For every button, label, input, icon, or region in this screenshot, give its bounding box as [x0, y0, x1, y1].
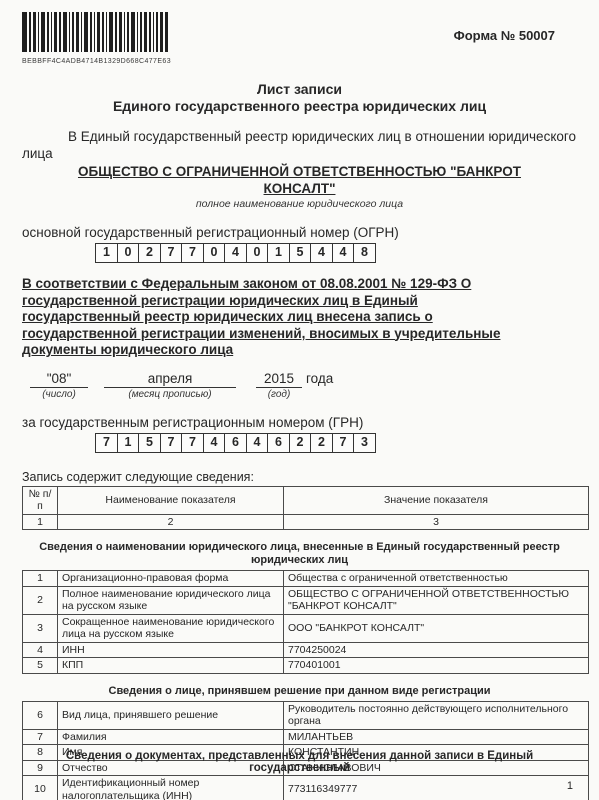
- date-year: 2015 (год): [256, 371, 302, 400]
- indicator-value: 770401001: [284, 658, 589, 674]
- digit-cell: 7: [181, 433, 204, 453]
- date-day-value: "08": [30, 371, 88, 388]
- row-number: 2: [23, 586, 58, 614]
- section2-title: Сведения о лице, принявшем решение при д…: [22, 685, 577, 698]
- indicator-value: Руководитель постоянно действующего испо…: [284, 701, 589, 729]
- date-month: апреля (месяц прописью): [104, 371, 236, 400]
- column-header-num: № п/п: [23, 486, 58, 514]
- text-line: ОБЩЕСТВО С ОГРАНИЧЕННОЙ ОТВЕТСТВЕННОСТЬЮ…: [22, 163, 577, 180]
- digit-cell: 5: [138, 433, 161, 453]
- row-number: 3: [23, 614, 58, 642]
- table-row: 4ИНН7704250024: [23, 642, 589, 658]
- table-number-row: 1 2 3: [23, 514, 589, 530]
- document-page: BEBBFF4C4ADB4714B1329D668C477E63 Форма №…: [0, 0, 599, 800]
- date-month-value: апреля: [104, 371, 236, 388]
- digit-cell: 5: [289, 243, 312, 263]
- text-line: В Единый государственный реестр юридичес…: [22, 128, 577, 145]
- date-year-caption: (год): [256, 389, 302, 400]
- digit-cell: 7: [160, 243, 183, 263]
- indicator-name: Полное наименование юридического лица на…: [58, 586, 284, 614]
- row-number: 1: [23, 571, 58, 587]
- digit-cell: 2: [289, 433, 312, 453]
- date-month-caption: (месяц прописью): [104, 389, 236, 400]
- date-year-value: 2015: [256, 371, 302, 388]
- column-number-2: 2: [58, 514, 284, 530]
- section1-title: Сведения о наименовании юридического лиц…: [22, 541, 577, 567]
- indicator-value: Общества с ограниченной ответственностью: [284, 571, 589, 587]
- row-number: 6: [23, 701, 58, 729]
- digit-cell: 6: [224, 433, 247, 453]
- form-number-label: Форма № 50007: [454, 28, 555, 43]
- table-row: 10Идентификационный номер налогоплательщ…: [23, 776, 589, 800]
- text-line: государственный реестр юридических лиц в…: [22, 309, 577, 326]
- row-number: 7: [23, 729, 58, 745]
- law-paragraph: В соответствии с Федеральным законом от …: [22, 276, 577, 359]
- row-number: 4: [23, 642, 58, 658]
- indicator-name: ИНН: [58, 642, 284, 658]
- indicator-name: Вид лица, принявшего решение: [58, 701, 284, 729]
- table-header-row: № п/п Наименование показателя Значение п…: [23, 486, 589, 514]
- digit-cell: 2: [310, 433, 333, 453]
- barcode-block: BEBBFF4C4ADB4714B1329D668C477E63: [22, 12, 172, 65]
- digit-cell: 6: [267, 433, 290, 453]
- table-row: 3Сокращенное наименование юридического л…: [23, 614, 589, 642]
- ogrn-label: основной государственный регистрационный…: [22, 225, 577, 240]
- company-name-caption: полное наименование юридического лица: [22, 198, 577, 210]
- table-row: 6Вид лица, принявшего решениеРуководител…: [23, 701, 589, 729]
- digit-cell: 4: [224, 243, 247, 263]
- digit-cell: 0: [117, 243, 140, 263]
- column-header-value: Значение показателя: [284, 486, 589, 514]
- digit-cell: 0: [203, 243, 226, 263]
- table-row: 5КПП770401001: [23, 658, 589, 674]
- record-header-table: № п/п Наименование показателя Значение п…: [22, 486, 589, 531]
- text-line: КОНСАЛТ": [22, 180, 577, 197]
- digit-cell: 7: [332, 433, 355, 453]
- date-year-suffix: года: [306, 371, 333, 400]
- footer-continuation-text: Сведения о документах, представленных дл…: [22, 750, 577, 774]
- document-header: BEBBFF4C4ADB4714B1329D668C477E63 Форма №…: [22, 12, 577, 65]
- text-line: документы юридического лица: [22, 342, 577, 359]
- record-intro: Запись содержит следующие сведения:: [22, 470, 577, 484]
- indicator-value: 773116349777: [284, 776, 589, 800]
- indicator-value: МИЛАНТЬЕВ: [284, 729, 589, 745]
- document-title: Лист записи Единого государственного рее…: [22, 81, 577, 115]
- digit-cell: 4: [203, 433, 226, 453]
- text-line: государственной регистрации юридических …: [22, 293, 577, 310]
- row-number: 5: [23, 658, 58, 674]
- barcode-icon: [22, 12, 168, 52]
- page-number: 1: [567, 780, 573, 792]
- digit-cell: 2: [138, 243, 161, 263]
- column-number-1: 1: [23, 514, 58, 530]
- digit-cell: 7: [160, 433, 183, 453]
- text-line: В соответствии с Федеральным законом от …: [22, 276, 577, 293]
- digit-cell: 7: [181, 243, 204, 263]
- date-day: "08" (число): [30, 371, 88, 400]
- text-line: юридических лиц: [22, 554, 577, 567]
- text-line: Сведения о лице, принявшем решение при д…: [22, 685, 577, 698]
- indicator-value: ОБЩЕСТВО С ОГРАНИЧЕННОЙ ОТВЕТСТВЕННОСТЬЮ…: [284, 586, 589, 614]
- digit-cell: 3: [353, 433, 376, 453]
- row-number: 10: [23, 776, 58, 800]
- grn-label: за государственным регистрационным номер…: [22, 415, 577, 430]
- indicator-value: ООО "БАНКРОТ КОНСАЛТ": [284, 614, 589, 642]
- indicator-name: КПП: [58, 658, 284, 674]
- text-line: государственной регистрации изменений, в…: [22, 326, 577, 343]
- digit-cell: 0: [246, 243, 269, 263]
- ogrn-digit-boxes: 1027704015448: [95, 243, 577, 263]
- document-title-line2: Единого государственного реестра юридиче…: [22, 98, 577, 115]
- date-day-caption: (число): [30, 389, 88, 400]
- text-line: лица: [22, 145, 577, 162]
- company-name: ОБЩЕСТВО С ОГРАНИЧЕННОЙ ОТВЕТСТВЕННОСТЬЮ…: [22, 163, 577, 197]
- digit-cell: 4: [246, 433, 269, 453]
- digit-cell: 8: [353, 243, 376, 263]
- date-year-group: 2015 (год) года: [256, 371, 333, 400]
- grn-digit-boxes: 7157746462273: [95, 433, 577, 453]
- column-header-name: Наименование показателя: [58, 486, 284, 514]
- section1-table: 1Организационно-правовая формаОбщества с…: [22, 570, 589, 674]
- text-line: Сведения о наименовании юридического лиц…: [22, 541, 577, 554]
- registration-date: "08" (число) апреля (месяц прописью) 201…: [30, 371, 577, 400]
- digit-cell: 1: [95, 243, 118, 263]
- indicator-name: Организационно-правовая форма: [58, 571, 284, 587]
- digit-cell: 1: [117, 433, 140, 453]
- indicator-name: Сокращенное наименование юридического ли…: [58, 614, 284, 642]
- table-row: 2Полное наименование юридического лица н…: [23, 586, 589, 614]
- table-row: 7ФамилияМИЛАНТЬЕВ: [23, 729, 589, 745]
- table-row: 1Организационно-правовая формаОбщества с…: [23, 571, 589, 587]
- indicator-name: Фамилия: [58, 729, 284, 745]
- digit-cell: 1: [267, 243, 290, 263]
- digit-cell: 4: [332, 243, 355, 263]
- column-number-3: 3: [284, 514, 589, 530]
- indicator-name: Идентификационный номер налогоплательщик…: [58, 776, 284, 800]
- barcode-text: BEBBFF4C4ADB4714B1329D668C477E63: [22, 58, 172, 65]
- digit-cell: 4: [310, 243, 333, 263]
- document-title-line1: Лист записи: [22, 81, 577, 98]
- digit-cell: 7: [95, 433, 118, 453]
- indicator-value: 7704250024: [284, 642, 589, 658]
- intro-paragraph: В Единый государственный реестр юридичес…: [22, 128, 577, 162]
